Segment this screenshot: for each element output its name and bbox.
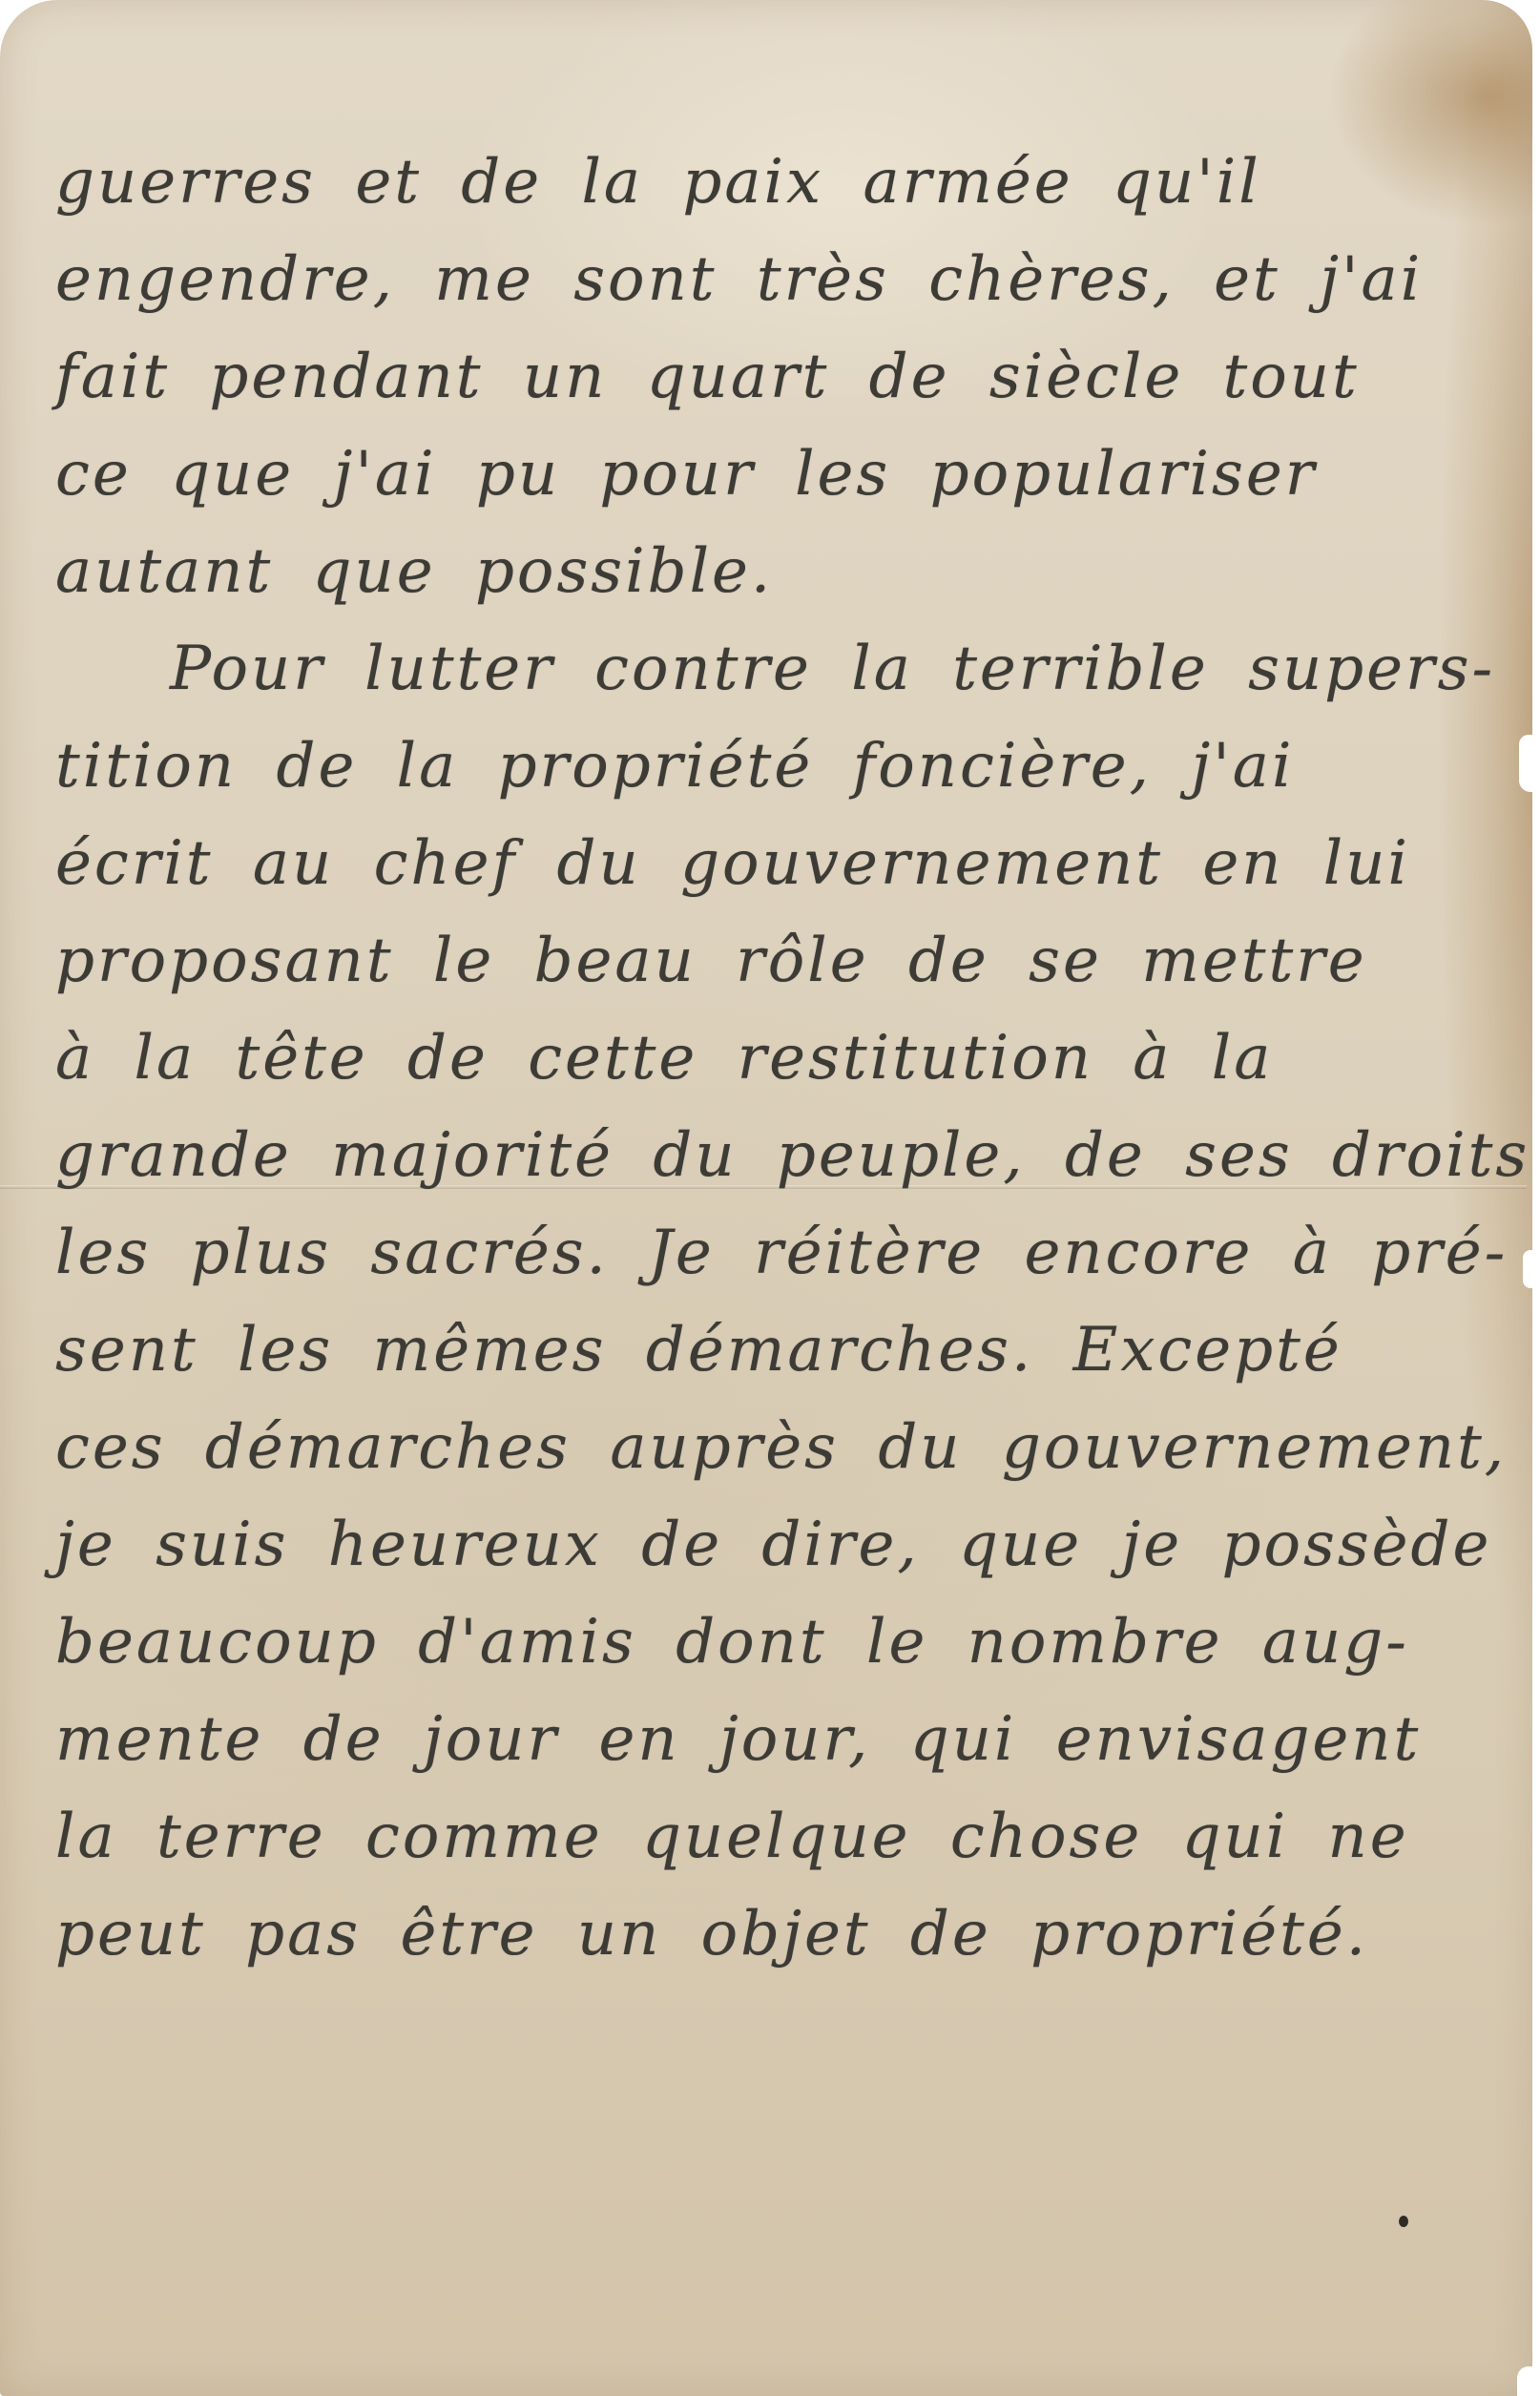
torn-edge [1523,1250,1532,1288]
letter-page: guerres et de la paix armée qu'il engend… [0,0,1532,2396]
handwritten-text: guerres et de la paix armée qu'il engend… [55,134,1506,1983]
text-line: je suis heureux de dire, que je possède [55,1496,1506,1594]
text-line: beaucoup d'amis dont le nombre aug- [55,1594,1506,1691]
text-line: écrit au chef du gouvernement en lui [55,815,1506,912]
text-line: peut pas être un objet de propriété. [55,1886,1506,1983]
text-line: mente de jour en jour, qui envisagent [55,1691,1506,1788]
text-line: tition de la propriété foncière, j'ai [55,718,1506,815]
text-line: à la tête de cette restitution à la [55,1010,1506,1107]
torn-edge [1517,2366,1532,2396]
torn-edge [1519,735,1532,792]
ink-blot [1399,2216,1408,2227]
paragraph-start-line: Pour lutter contre la terrible supers- [55,620,1506,718]
text-line: proposant le beau rôle de se mettre [55,912,1506,1010]
text-line: la terre comme quelque chose qui ne [55,1788,1506,1886]
text-line: sent les mêmes démarches. Excepté [55,1302,1506,1399]
text-line: guerres et de la paix armée qu'il [55,134,1506,231]
text-line: autant que possible. [55,523,1506,620]
text-line: fait pendant un quart de siècle tout [55,328,1506,426]
text-line: engendre, me sont très chères, et j'ai [55,231,1506,328]
text-line: grande majorité du peuple, de ses droits [55,1107,1506,1204]
text-line: ces démarches auprès du gouvernement, [55,1399,1506,1496]
text-line: ce que j'ai pu pour les populariser [55,426,1506,523]
text-line: les plus sacrés. Je réitère encore à pré… [55,1204,1506,1302]
